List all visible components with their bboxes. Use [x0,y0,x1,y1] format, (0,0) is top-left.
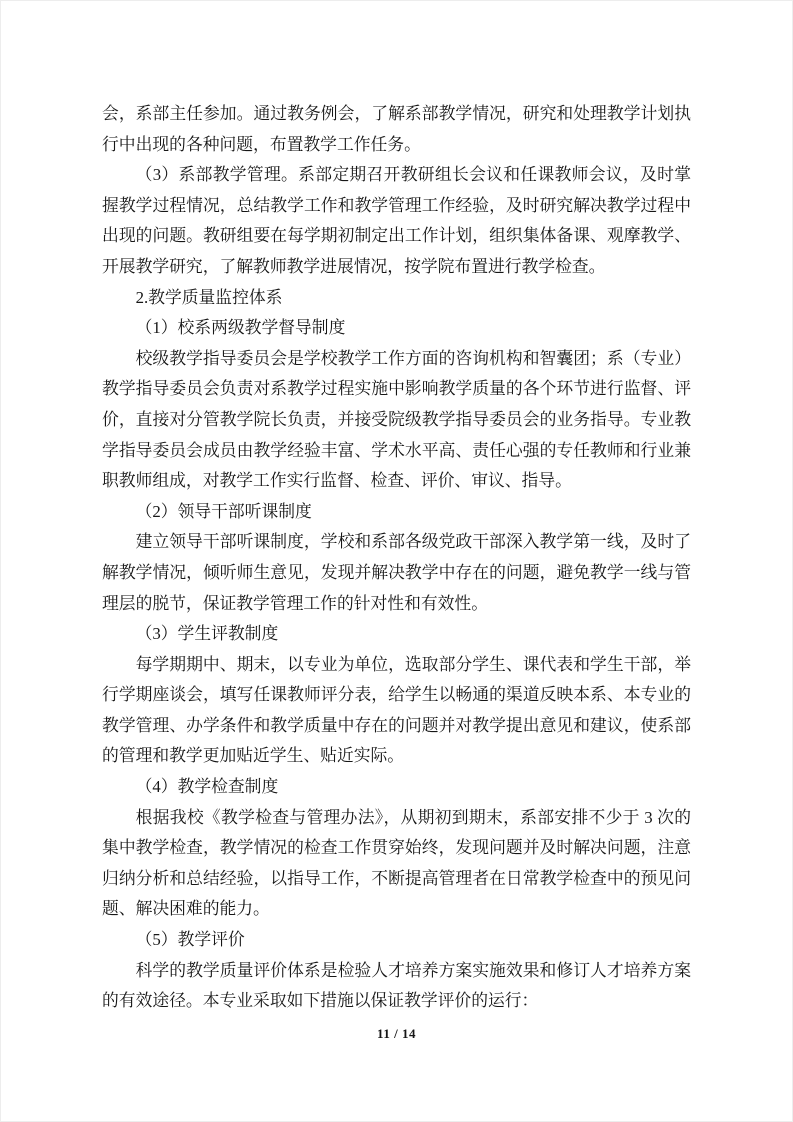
paragraph: （4）教学检查制度 [102,772,691,803]
paragraph: 校级教学指导委员会是学校教学工作方面的咨询机构和智囊团；系（专业）教学指导委员会… [102,344,691,497]
paragraph: 根据我校《教学检查与管理办法》，从期初到期末，系部安排不少于 3 次的集中教学检… [102,803,691,925]
paragraph: （2）领导干部听课制度 [102,497,691,528]
paragraph: 科学的教学质量评价体系是检验人才培养方案实施效果和修订人才培养方案的有效途径。本… [102,956,691,1017]
document-body: 会，系部主任参加。通过教务例会，了解系部教学情况，研究和处理教学计划执行中出现的… [102,99,691,1017]
paragraph: 会，系部主任参加。通过教务例会，了解系部教学情况，研究和处理教学计划执行中出现的… [102,99,691,160]
document-page: 会，系部主任参加。通过教务例会，了解系部教学情况，研究和处理教学计划执行中出现的… [0,0,793,1122]
paragraph: （1）校系两级教学督导制度 [102,313,691,344]
page-number: 11 / 14 [1,1026,792,1042]
paragraph: 2.教学质量监控体系 [102,283,691,314]
paragraph: 每学期期中、期末，以专业为单位，选取部分学生、课代表和学生干部，举行学期座谈会，… [102,650,691,772]
paragraph: （5）教学评价 [102,925,691,956]
paragraph: （3）学生评教制度 [102,619,691,650]
paragraph: （3）系部教学管理。系部定期召开教研组长会议和任课教师会议，及时掌握教学过程情况… [102,160,691,282]
paragraph: 建立领导干部听课制度，学校和系部各级党政干部深入教学第一线，及时了解教学情况，倾… [102,527,691,619]
